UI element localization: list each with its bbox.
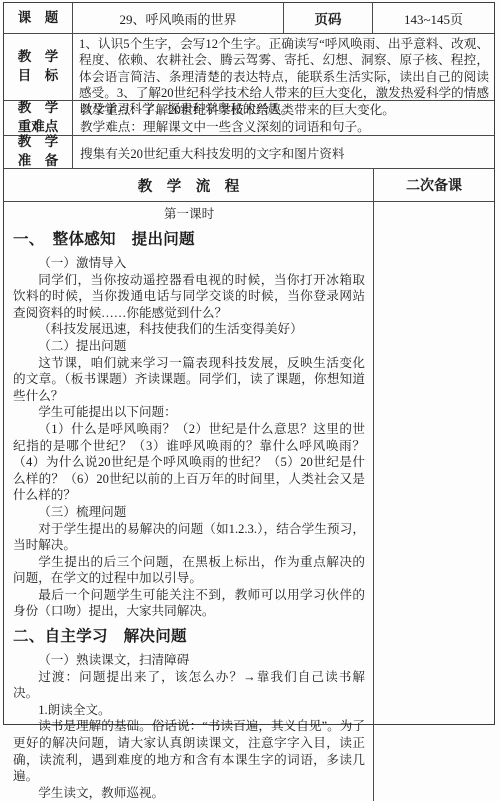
paragraph: 1.朗读全文。 [13, 702, 365, 719]
second-preparation-header: 二次备课 [374, 169, 494, 201]
paragraph: 对于学生提出的易解决的问题（如1.2.3.），结合学生预习，当时解决。 [13, 521, 365, 554]
lesson-content-row: 第一课时 一、 整体感知 提出问题 （一）激情导入 同学们，当你按动遥控器看电视… [4, 202, 494, 801]
goal-label-line2: 目 标 [18, 67, 59, 86]
sub-heading: （一）激情导入 [13, 255, 365, 272]
goal-label-line1: 教 学 [18, 48, 59, 67]
topic-label: 课 题 [4, 3, 73, 33]
key-point-line: 教学重点：了解20世纪科学技术给人类带来的巨大变化。 [80, 102, 489, 119]
key-points-label-line1: 教 学 [18, 99, 59, 118]
preparation-row: 教 学 准 备 搜集有关20世纪重大科技发明的文字和图片资料 [4, 136, 494, 169]
session-title: 第一课时 [13, 204, 365, 223]
goal-content: 1、认识5个生字，会写12个生字。正确读写“呼风唤雨、出乎意料、改观、程度、依赖… [73, 34, 494, 100]
paragraph: 同学们，当你按动遥控器看电视的时候，当你打开冰箱取饮料的时候，当你拨通电话与同学… [13, 272, 365, 322]
paragraph: 学生提出的后三个问题，在黑板上标出，作为重点解决的问题，在学文的过程中加以引导。 [13, 554, 365, 587]
preparation-label: 教 学 准 备 [4, 136, 73, 168]
teaching-process-content: 第一课时 一、 整体感知 提出问题 （一）激情导入 同学们，当你按动遥控器看电视… [4, 202, 374, 801]
page-number-value: 143~145页 [373, 3, 494, 33]
paragraph: （科技发展迅速，科技使我们的生活变得美好） [13, 321, 365, 338]
goal-label: 教 学 目 标 [4, 34, 73, 100]
topic-label-text: 课 题 [18, 9, 59, 28]
goal-row: 教 学 目 标 1、认识5个生字，会写12个生字。正确读写“呼风唤雨、出乎意料、… [4, 34, 494, 101]
sub-heading: （二）提出问题 [13, 338, 365, 355]
section-heading-1: 一、 整体感知 提出问题 [13, 230, 365, 249]
paragraph: 学生读文，教师巡视。 [13, 785, 365, 801]
paragraph: 最后一个问题学生可能关注不到，教师可以用学习伙伴的身份（口吻）提出，大家共同解决… [13, 587, 365, 620]
sub-heading: （三）梳理问题 [13, 504, 365, 521]
page-number-label: 页码 [284, 3, 373, 33]
second-preparation-notes-area [374, 202, 494, 801]
difficult-point-line: 教学难点：理解课文中一些含义深刻的词语和句子。 [80, 119, 489, 136]
key-points-label: 教 学 重难点 [4, 101, 73, 135]
lesson-plan-sheet: 课 题 29、呼风唤雨的世界 页码 143~145页 教 学 目 标 1、认识5… [3, 2, 495, 725]
paragraph: 这节课，咱们就来学习一篇表现科技发展，反映生活变化的文章。（板书课题）齐读课题。… [13, 355, 365, 405]
preparation-content: 搜集有关20世纪重大科技发明的文字和图片资料 [73, 136, 494, 168]
key-points-content: 教学重点：了解20世纪科学技术给人类带来的巨大变化。 教学难点：理解课文中一些含… [73, 101, 494, 135]
paragraph: 过渡：问题提出来了，该怎么办？→靠我们自己读书解决。 [13, 669, 365, 702]
paragraph: 读书是理解的基础。俗话说：“书读百遍，其义自见”。为了更好的解决问题，请大家认真… [13, 718, 365, 784]
section-heading-2: 二、自主学习 解决问题 [13, 627, 365, 646]
topic-row: 课 题 29、呼风唤雨的世界 页码 143~145页 [4, 3, 494, 34]
paragraph: （1）什么是呼风唤雨？（2）世纪是什么意思？这里的世纪指的是哪个世纪？（3）谁呼… [13, 421, 365, 504]
sub-heading: （一）熟读课文，扫清障碍 [13, 652, 365, 669]
key-points-row: 教 学 重难点 教学重点：了解20世纪科学技术给人类带来的巨大变化。 教学难点：… [4, 101, 494, 136]
preparation-label-line1: 教 学 [18, 133, 59, 152]
flow-header-row: 教 学 流 程 二次备课 [4, 169, 494, 202]
paragraph: 学生可能提出以下问题： [13, 404, 365, 421]
lesson-title: 29、呼风唤雨的世界 [73, 3, 284, 33]
teaching-process-header: 教 学 流 程 [4, 169, 374, 201]
